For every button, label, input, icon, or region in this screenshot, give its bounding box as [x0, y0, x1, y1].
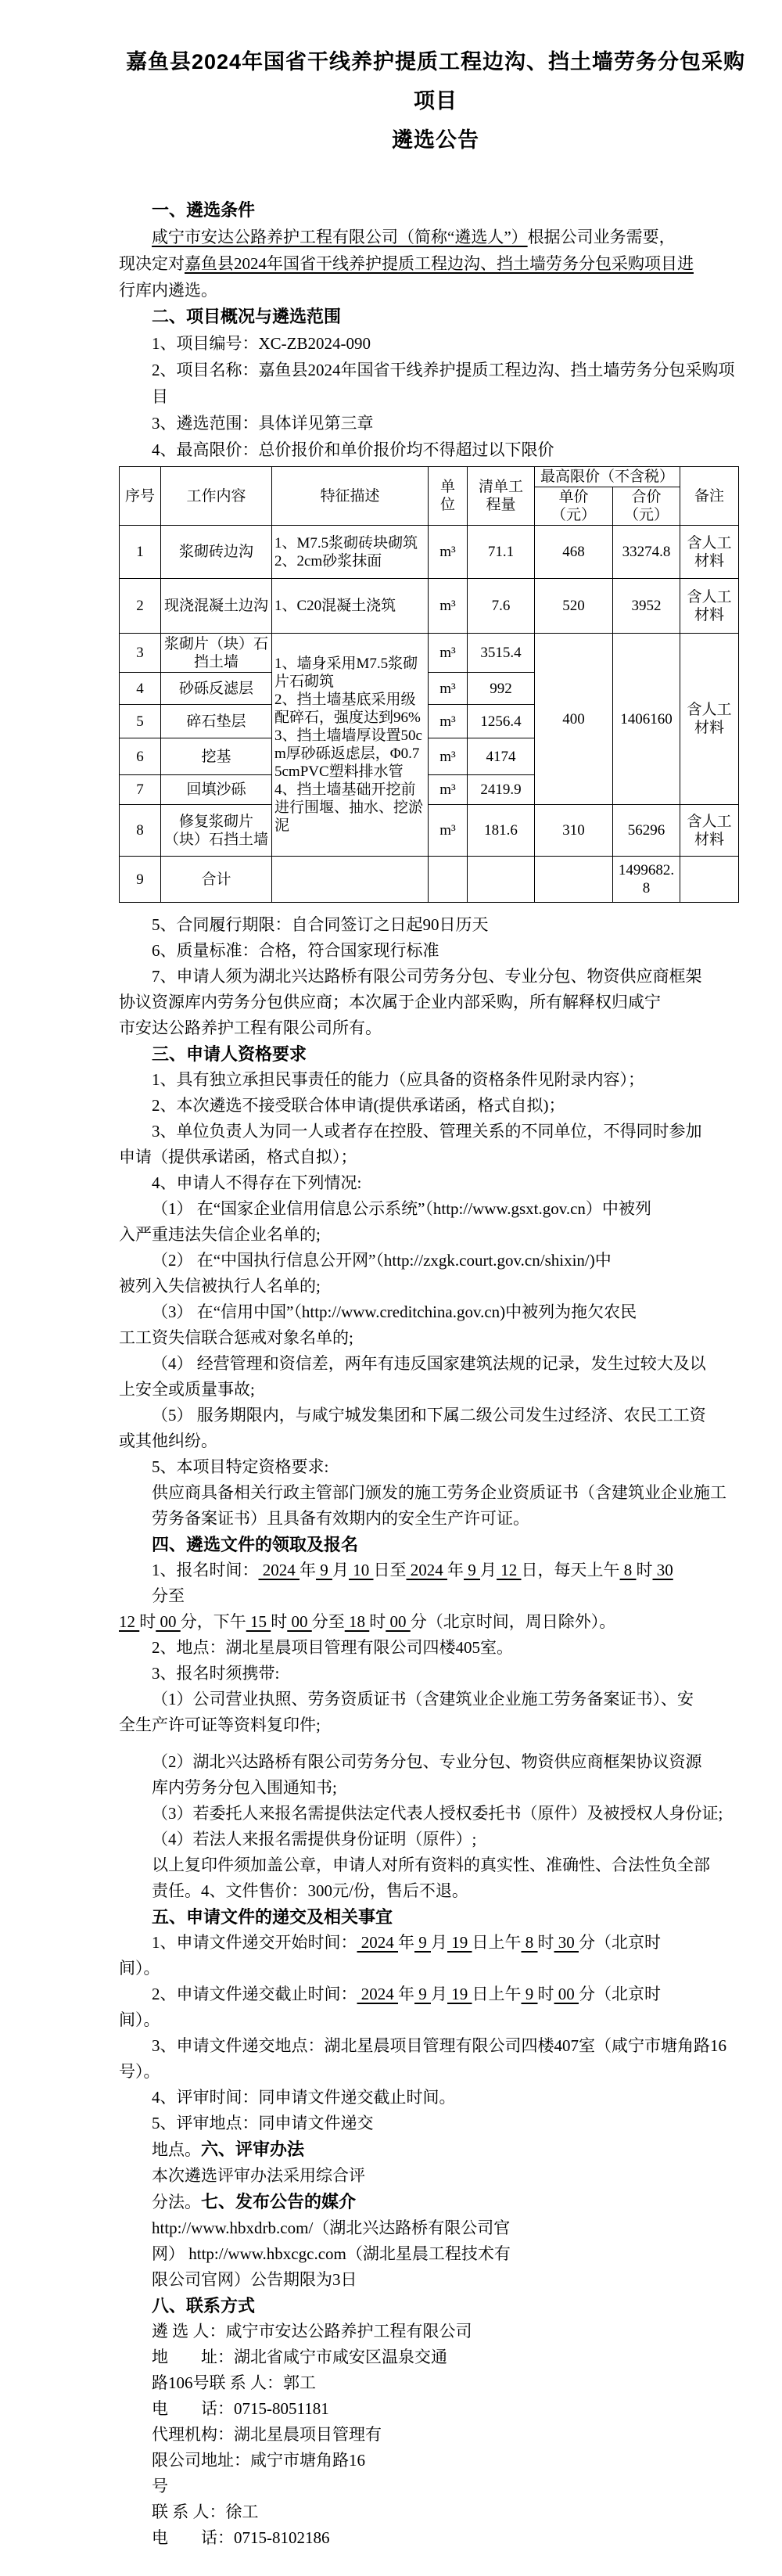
- text-segment: 号: [152, 2477, 168, 2495]
- underlined-text: 8: [620, 1561, 637, 1579]
- text-segment: 时: [271, 1612, 287, 1631]
- doc-line: 联 系 人：徐工: [119, 2499, 752, 2525]
- underlined-text: 2024: [259, 1561, 300, 1579]
- col-header-total-price: 合价 （元）: [613, 487, 680, 526]
- text-segment: 时: [538, 1985, 554, 2003]
- col-header-note: 备注: [680, 467, 739, 526]
- text-segment: 日上午: [472, 1933, 522, 1952]
- text-segment: 年: [398, 1985, 414, 2003]
- text-segment: 二、项目概况与遴选范围: [152, 307, 341, 326]
- doc-line: 协议资源库内劳务分包供应商；本次属于企业内部采购，所有解释权归咸宁: [119, 990, 752, 1015]
- text-segment: 时: [637, 1561, 653, 1579]
- text-segment: 工工资失信联合惩戒对象名单的;: [119, 1328, 353, 1347]
- text-segment: 本次遴选评审办法采用综合评: [152, 2166, 365, 2185]
- text-segment: 电 话：0715-8102186: [152, 2528, 330, 2547]
- text-segment: （2）湖北兴达路桥有限公司劳务分包、专业分包、物资供应商框架协议资源: [152, 1752, 702, 1771]
- text-segment: 被列入失信被执行人名单的;: [119, 1277, 321, 1295]
- underlined-text: 2024: [357, 1985, 399, 2003]
- cell-qty: 4174: [468, 738, 535, 775]
- underlined-text: 9: [464, 1561, 480, 1579]
- doc-line: 遴 选 人：咸宁市安达公路养护工程有限公司: [119, 2319, 752, 2344]
- text-segment: 一、遴选条件: [152, 200, 255, 220]
- section-heading: 三、申请人资格要求: [119, 1041, 752, 1067]
- text-segment: 库内劳务分包入围通知书;: [152, 1778, 337, 1797]
- cell-unit: m³: [429, 673, 468, 705]
- text-segment: 月: [431, 1933, 447, 1952]
- text-segment: 年: [398, 1933, 414, 1952]
- text-segment: 代理机构：湖北星晨项目管理有: [152, 2425, 382, 2444]
- doc-line: 目: [119, 383, 752, 410]
- col-header-desc: 特征描述: [272, 467, 429, 526]
- doc-line: （1） 在“国家企业信用信息公示系统”（http://www.gsxt.gov.…: [119, 1196, 752, 1222]
- doc-line: 4、最高限价：总价报价和单价报价均不得超过以下限价: [119, 437, 752, 463]
- text-segment: 申请（提供承诺函，格式自拟）；: [119, 1148, 357, 1166]
- cell-work: 回填沙砾: [161, 775, 272, 805]
- cell-work: 现浇混凝土边沟: [161, 579, 272, 634]
- text-segment: 或其他纠纷。: [119, 1432, 217, 1450]
- cell-note-merged: 含人工材料: [680, 634, 739, 805]
- col-header-unit-price: 单价 （元）: [535, 487, 613, 526]
- doc-line: 5、合同履行期限：自合同签订之日起90日历天: [119, 912, 752, 938]
- doc-line: 6、质量标准：合格，符合国家现行标准: [119, 938, 752, 964]
- text-segment: 4、申请人不得存在下列情况:: [152, 1173, 361, 1192]
- doc-line: （3）若委托人来报名需提供法定代表人授权委托书（原件）及被授权人身份证;: [119, 1801, 752, 1827]
- doc-line: 行库内遴选。: [119, 277, 752, 304]
- doc-line: 3、遴选范围：具体详见第三章: [119, 410, 752, 437]
- text-segment: 7、申请人须为湖北兴达路桥有限公司劳务分包、专业分包、物资供应商框架: [152, 967, 702, 986]
- doc-line: （2）湖北兴达路桥有限公司劳务分包、专业分包、物资供应商框架协议资源: [119, 1749, 752, 1775]
- text-segment: 日上午: [472, 1985, 522, 2003]
- text-segment: 分至: [152, 1586, 185, 1605]
- text-segment: （5） 服务期限内，与咸宁城发集团和下属二级公司发生过经济、农民工工资: [152, 1406, 706, 1425]
- doc-line: 3、申请文件递交地点：湖北星晨项目管理有限公司四楼407室（咸宁市塘角路16: [119, 2033, 752, 2059]
- text-segment: 分（北京时间，周日除外）。: [411, 1612, 616, 1631]
- cell-unit-price: [535, 857, 613, 903]
- cell-desc: [272, 857, 429, 903]
- cell-no: 2: [120, 579, 161, 634]
- underlined-text: 30: [554, 1933, 579, 1952]
- underlined-text: 10: [349, 1561, 374, 1579]
- doc-line: 地点。六、评审办法: [119, 2136, 752, 2163]
- doc-line: 代理机构：湖北星晨项目管理有: [119, 2422, 752, 2448]
- doc-line: 1、具有独立承担民事责任的能力（应具备的资格条件见附录内容）；: [119, 1067, 752, 1093]
- text-segment: 地 址：湖北省咸宁市咸安区温泉交通: [152, 2348, 447, 2366]
- underlined-text: 00: [156, 1612, 181, 1631]
- text-segment: 行库内遴选。: [119, 281, 217, 300]
- text-segment: 1、报名时间：: [152, 1561, 259, 1579]
- underlined-text: 18: [345, 1612, 370, 1631]
- doc-line: 库内劳务分包入围通知书;: [119, 1775, 752, 1801]
- cell-qty: 3515.4: [468, 634, 535, 673]
- col-header-qty: 清单工 程量: [468, 467, 535, 526]
- section-heading: 四、遴选文件的领取及报名: [119, 1532, 752, 1557]
- text-segment: 以上复印件须加盖公章，申请人对所有资料的真实性、准确性、合法性负全部: [152, 1856, 710, 1874]
- text-segment: 入严重违法失信企业名单的;: [119, 1225, 321, 1244]
- cell-unit: m³: [429, 738, 468, 775]
- announcement-document: 嘉鱼县2024年国省干线养护提质工程边沟、挡土墙劳务分包采购项目 遴选公告 一、…: [0, 0, 782, 2576]
- doc-line: 号）。: [119, 2059, 752, 2085]
- cell-work: 挖基: [161, 738, 272, 775]
- cell-qty: 2419.9: [468, 775, 535, 805]
- section-heading: 八、联系方式: [119, 2293, 752, 2319]
- doc-line: 2、项目名称：嘉鱼县2024年国省干线养护提质工程边沟、挡土墙劳务分包采购项: [119, 357, 752, 383]
- doc-line: 7、申请人须为湖北兴达路桥有限公司劳务分包、专业分包、物资供应商框架: [119, 964, 752, 990]
- text-segment: 路106号联 系 人：郭工: [152, 2373, 316, 2392]
- text-segment: 日，每天上午: [522, 1561, 620, 1579]
- text-segment: 月: [431, 1985, 447, 2003]
- text-segment: 5、评审地点：同申请文件递交: [152, 2114, 374, 2132]
- underlined-text: 19: [447, 1985, 472, 2003]
- cell-work: 浆砌砖边沟: [161, 526, 272, 579]
- table-row: 1 浆砌砖边沟 1、M7.5浆砌砖块砌筑 2、2cm砂浆抹面 m³ 71.1 4…: [120, 526, 739, 579]
- table-row-total: 9 合计 1499682.8: [120, 857, 739, 903]
- text-segment: 联 系 人：徐工: [152, 2502, 259, 2521]
- text-segment: 5、本项目特定资格要求:: [152, 1457, 328, 1476]
- doc-line: （3） 在“信用中国”（http://www.creditchina.gov.c…: [119, 1299, 752, 1325]
- text-segment: 时: [369, 1612, 386, 1631]
- text-segment: 2、申请文件递交截止时间：: [152, 1985, 357, 2003]
- doc-line: 5、评审地点：同申请文件递交: [119, 2111, 752, 2136]
- text-segment: 2、地点：湖北星晨项目管理有限公司四楼405室。: [152, 1638, 513, 1657]
- cell-total-price: 33274.8: [613, 526, 680, 579]
- underlined-text: 30: [653, 1561, 673, 1579]
- text-segment: 电 话：0715-8051181: [152, 2399, 329, 2418]
- doc-line: 被列入失信被执行人名单的;: [119, 1274, 752, 1299]
- doc-line: （4） 经营管理和资信差，两年有违反国家建筑法规的记录，发生过较大及以: [119, 1351, 752, 1377]
- doc-line: （1）公司营业执照、劳务资质证书（含建筑业企业施工劳务备案证书）、安: [119, 1687, 752, 1712]
- doc-line: 3、报名时须携带:: [119, 1661, 752, 1687]
- underlined-text: 15: [246, 1612, 271, 1631]
- doc-line: （5） 服务期限内，与咸宁城发集团和下属二级公司发生过经济、农民工工资: [119, 1403, 752, 1428]
- text-segment: 3、申请文件递交地点：湖北星晨项目管理有限公司四楼407室（咸宁市塘角路16: [152, 2036, 726, 2055]
- cell-total-price-merged: 1406160: [613, 634, 680, 805]
- cell-qty: 181.6: [468, 805, 535, 857]
- cell-no: 1: [120, 526, 161, 579]
- doc-line: 供应商具备相关行政主管部门颁发的施工劳务企业资质证书（含建筑业企业施工: [119, 1480, 752, 1506]
- doc-line: 网） http://www.hbxcgc.com（湖北星晨工程技术有: [119, 2241, 752, 2267]
- doc-line: 5、本项目特定资格要求:: [119, 1454, 752, 1480]
- text-segment: 1、项目编号：XC-ZB2024-090: [152, 334, 371, 353]
- cell-unit-price: 520: [535, 579, 613, 634]
- col-header-work: 工作内容: [161, 467, 272, 526]
- doc-line: 全生产许可证等资料复印件;: [119, 1712, 752, 1738]
- underlined-text: 9: [414, 1985, 431, 2003]
- text-segment: 时: [139, 1612, 156, 1631]
- doc-line: 12 时 00 分，下午 15 时 00 分至 18 时 00 分（北京时间，周…: [119, 1609, 752, 1635]
- text-segment: 月: [480, 1561, 497, 1579]
- text-segment: 六、评审办法: [201, 2139, 304, 2159]
- cell-unit-price: 310: [535, 805, 613, 857]
- underlined-text: 00: [287, 1612, 312, 1631]
- doc-line: 4、评审时间：同申请文件递交截止时间。: [119, 2085, 752, 2111]
- text-segment: 2、项目名称：嘉鱼县2024年国省干线养护提质工程边沟、挡土墙劳务分包采购项: [152, 361, 735, 379]
- underlined-text: 8: [522, 1933, 538, 1952]
- doc-line: 分法。七、发布公告的媒介: [119, 2189, 752, 2215]
- text-segment: 年: [447, 1561, 464, 1579]
- cell-unit: m³: [429, 705, 468, 738]
- price-limit-table: 序号 工作内容 特征描述 单 位 清单工 程量 最高限价（不含税） 备注 单价 …: [119, 466, 739, 903]
- doc-line: 限公司官网）公告期限为3日: [119, 2267, 752, 2293]
- cell-qty: 1256.4: [468, 705, 535, 738]
- underlined-text: 00: [554, 1985, 579, 2003]
- underlined-text: 嘉鱼县2024年国省干线养护提质工程边沟、挡土墙劳务分包采购项目进: [185, 254, 694, 273]
- doc-line: 间）。: [119, 1956, 752, 1981]
- text-segment: （1） 在“国家企业信用信息公示系统”（http://www.gsxt.gov.…: [152, 1199, 651, 1218]
- cell-unit: [429, 857, 468, 903]
- title-line-2: 遴选公告: [119, 120, 752, 160]
- table-row: 8 修复浆砌片（块）石挡土墙 m³ 181.6 310 56296 含人工材料: [120, 805, 739, 857]
- cell-unit: m³: [429, 526, 468, 579]
- doc-line: 咸宁市安达公路养护工程有限公司（简称“遴选人”）根据公司业务需要，: [119, 224, 752, 250]
- text-segment: 协议资源库内劳务分包供应商；本次属于企业内部采购，所有解释权归咸宁: [119, 993, 661, 1011]
- text-segment: 现决定对: [119, 254, 185, 273]
- doc-line: 1、申请文件递交开始时间： 2024 年 9 月 19 日上午 8 时 30 分…: [119, 1930, 752, 1956]
- text-segment: 限公司官网）公告期限为3日: [152, 2270, 357, 2289]
- text-segment: （4）若法人来报名需提供身份证明（原件）;: [152, 1830, 476, 1848]
- doc-line: 劳务备案证书）且具备有效期内的安全生产许可证。: [119, 1506, 752, 1532]
- text-segment: 全生产许可证等资料复印件;: [119, 1716, 321, 1734]
- text-segment: 年: [300, 1561, 316, 1579]
- cell-unit: m³: [429, 634, 468, 673]
- doc-line: 电 话：0715-8051181: [119, 2396, 752, 2422]
- doc-line: 市安达公路养护工程有限公司所有。: [119, 1015, 752, 1041]
- text-segment: （4） 经营管理和资信差，两年有违反国家建筑法规的记录，发生过较大及以: [152, 1354, 706, 1373]
- doc-line: 本次遴选评审办法采用综合评: [119, 2163, 752, 2189]
- text-segment: 五、申请文件的递交及相关事宜: [152, 1907, 393, 1927]
- underlined-text: 9: [316, 1561, 332, 1579]
- text-segment: 4、最高限价：总价报价和单价报价均不得超过以下限价: [152, 440, 554, 459]
- doc-line: （2） 在“中国执行信息公开网”（http://zxgk.court.gov.c…: [119, 1248, 752, 1274]
- doc-line: 号: [119, 2474, 752, 2499]
- underlined-text: 00: [386, 1612, 411, 1631]
- text-segment: 间）。: [119, 1959, 160, 1978]
- text-segment: 5、合同履行期限：自合同签订之日起90日历天: [152, 915, 489, 934]
- text-segment: 三、申请人资格要求: [152, 1044, 307, 1064]
- text-segment: 四、遴选文件的领取及报名: [152, 1535, 358, 1554]
- underlined-text: 9: [522, 1985, 538, 2003]
- doc-line: 工工资失信联合惩戒对象名单的;: [119, 1325, 752, 1351]
- text-segment: （1）公司营业执照、劳务资质证书（含建筑业企业施工劳务备案证书）、安: [152, 1690, 694, 1708]
- text-segment: （3）若委托人来报名需提供法定代表人授权委托书（原件）及被授权人身份证;: [152, 1804, 723, 1823]
- doc-line: 或其他纠纷。: [119, 1428, 752, 1454]
- text-segment: 1、具有独立承担民事责任的能力（应具备的资格条件见附录内容）；: [152, 1070, 644, 1089]
- cell-total-price: 3952: [613, 579, 680, 634]
- text-segment: 分，下午: [181, 1612, 246, 1631]
- text-segment: （3） 在“信用中国”（http://www.creditchina.gov.c…: [152, 1302, 637, 1321]
- cell-unit: m³: [429, 579, 468, 634]
- doc-line: 责任。4、文件售价：300元/份，售后不退。: [119, 1878, 752, 1904]
- text-segment: 2、本次遴选不接受联合体申请(提供承诺函，格式自拟)；: [152, 1096, 565, 1115]
- text-segment: 号）。: [119, 2062, 160, 2081]
- doc-line: 1、项目编号：XC-ZB2024-090: [119, 330, 752, 357]
- text-segment: 3、遴选范围：具体详见第三章: [152, 414, 374, 433]
- text-segment: 3、报名时须携带:: [152, 1664, 279, 1683]
- text-segment: 3、单位负责人为同一人或者存在控股、管理关系的不同单位，不得同时参加: [152, 1122, 702, 1141]
- doc-line: 申请（提供承诺函，格式自拟）；: [119, 1144, 752, 1170]
- cell-work: 碎石垫层: [161, 705, 272, 738]
- text-segment: 目: [152, 387, 168, 406]
- text-segment: 市安达公路养护工程有限公司所有。: [119, 1019, 382, 1037]
- cell-qty: 71.1: [468, 526, 535, 579]
- text-segment: 分（北京时: [579, 1985, 661, 2003]
- cell-unit-price-merged: 400: [535, 634, 613, 805]
- text-segment: 遴 选 人：咸宁市安达公路养护工程有限公司: [152, 2322, 472, 2341]
- doc-line: 4、申请人不得存在下列情况:: [119, 1170, 752, 1196]
- cell-note: 含人工材料: [680, 579, 739, 634]
- text-segment: 地点。: [152, 2140, 201, 2159]
- cell-no: 8: [120, 805, 161, 857]
- underlined-text: 12: [119, 1612, 139, 1631]
- cell-work: 修复浆砌片（块）石挡土墙: [161, 805, 272, 857]
- intro-section: 一、遴选条件咸宁市安达公路养护工程有限公司（简称“遴选人”）根据公司业务需要，现…: [119, 197, 752, 463]
- cell-qty: 992: [468, 673, 535, 705]
- doc-line: 现决定对嘉鱼县2024年国省干线养护提质工程边沟、挡土墙劳务分包采购项目进: [119, 250, 752, 277]
- text-segment: （2） 在“中国执行信息公开网”（http://zxgk.court.gov.c…: [152, 1251, 612, 1270]
- text-segment: 分（北京时: [579, 1933, 661, 1952]
- underlined-text: 2024: [357, 1933, 399, 1952]
- doc-line: 以上复印件须加盖公章，申请人对所有资料的真实性、准确性、合法性负全部: [119, 1852, 752, 1878]
- cell-work: 合计: [161, 857, 272, 903]
- table-row: 3 浆砌片（块）石挡土墙 1、墙身采用M7.5浆砌片石砌筑 2、挡土墙基底采用级…: [120, 634, 739, 673]
- cell-total-price: 1499682.8: [613, 857, 680, 903]
- doc-line: 3、单位负责人为同一人或者存在控股、管理关系的不同单位，不得同时参加: [119, 1119, 752, 1144]
- cell-no: 9: [120, 857, 161, 903]
- doc-line: 入严重违法失信企业名单的;: [119, 1222, 752, 1248]
- cell-unit: m³: [429, 775, 468, 805]
- text-segment: 分法。: [152, 2193, 201, 2211]
- section-heading: 一、遴选条件: [119, 197, 752, 224]
- text-segment: 分至: [312, 1612, 345, 1631]
- cell-desc-merged: 1、墙身采用M7.5浆砌片石砌筑 2、挡土墙基底采用级配碎石，强度达到96% 3…: [272, 634, 429, 857]
- cell-qty: 7.6: [468, 579, 535, 634]
- underlined-text: 12: [497, 1561, 522, 1579]
- text-segment: 月: [332, 1561, 349, 1579]
- underlined-text: 2024: [407, 1561, 448, 1579]
- text-segment: 限公司地址：咸宁市塘角路16: [152, 2451, 365, 2470]
- text-segment: 责任。4、文件售价：300元/份，售后不退。: [152, 1881, 468, 1900]
- text-segment: 1、申请文件递交开始时间：: [152, 1933, 357, 1952]
- doc-line: 1、报名时间： 2024 年 9 月 10 日至 2024 年 9 月 12 日…: [119, 1557, 752, 1583]
- doc-line: http://www.hbxdrb.com/（湖北兴达路桥有限公司官: [119, 2215, 752, 2241]
- cell-qty: [468, 857, 535, 903]
- underlined-text: 咸宁市安达公路养护工程有限公司（简称“遴选人”）: [152, 228, 528, 246]
- doc-line: 地 址：湖北省咸宁市咸安区温泉交通: [119, 2344, 752, 2370]
- text-segment: 根据公司业务需要，: [528, 228, 676, 246]
- text-segment: 劳务备案证书）且具备有效期内的安全生产许可证。: [152, 1509, 529, 1528]
- col-header-price-group: 最高限价（不含税）: [535, 467, 680, 487]
- table-row: 2 现浇混凝土边沟 1、C20混凝土浇筑 m³ 7.6 520 3952 含人工…: [120, 579, 739, 634]
- doc-line: 2、申请文件递交截止时间： 2024 年 9 月 19 日上午 9 时 00 分…: [119, 1981, 752, 2007]
- cell-work: 浆砌片（块）石挡土墙: [161, 634, 272, 673]
- underlined-text: 19: [447, 1933, 472, 1952]
- title-line-1: 嘉鱼县2024年国省干线养护提质工程边沟、挡土墙劳务分包采购项目: [119, 42, 752, 120]
- doc-line: 2、地点：湖北星晨项目管理有限公司四楼405室。: [119, 1635, 752, 1661]
- col-header-unit: 单 位: [429, 467, 468, 526]
- cell-unit: m³: [429, 805, 468, 857]
- cell-note: 含人工材料: [680, 526, 739, 579]
- cell-no: 5: [120, 705, 161, 738]
- cell-total-price: 56296: [613, 805, 680, 857]
- cell-unit-price: 468: [535, 526, 613, 579]
- cell-desc: 1、C20混凝土浇筑: [272, 579, 429, 634]
- doc-line: 路106号联 系 人：郭工: [119, 2370, 752, 2396]
- text-segment: 供应商具备相关行政主管部门颁发的施工劳务企业资质证书（含建筑业企业施工: [152, 1483, 726, 1502]
- text-segment: 间）。: [119, 2010, 160, 2029]
- doc-line: （4）若法人来报名需提供身份证明（原件）;: [119, 1827, 752, 1852]
- cell-no: 3: [120, 634, 161, 673]
- text-segment: http://www.hbxdrb.com/（湖北兴达路桥有限公司官: [152, 2219, 510, 2237]
- cell-note: [680, 857, 739, 903]
- doc-line: 分至: [119, 1583, 752, 1609]
- text-segment: 七、发布公告的媒介: [201, 2192, 356, 2211]
- text-segment: 日至: [374, 1561, 407, 1579]
- cell-note: 含人工材料: [680, 805, 739, 857]
- col-header-no: 序号: [120, 467, 161, 526]
- doc-line: 2、本次遴选不接受联合体申请(提供承诺函，格式自拟)；: [119, 1093, 752, 1119]
- text-segment: 上安全或质量事故;: [119, 1380, 255, 1399]
- text-segment: 4、评审时间：同申请文件递交截止时间。: [152, 2088, 456, 2107]
- document-title: 嘉鱼县2024年国省干线养护提质工程边沟、挡土墙劳务分包采购项目 遴选公告: [119, 0, 752, 160]
- cell-no: 4: [120, 673, 161, 705]
- text-segment: 时: [538, 1933, 554, 1952]
- text-segment: 网） http://www.hbxcgc.com（湖北星晨工程技术有: [152, 2244, 511, 2263]
- underlined-text: 9: [414, 1933, 431, 1952]
- cell-no: 6: [120, 738, 161, 775]
- section-heading: 二、项目概况与遴选范围: [119, 304, 752, 330]
- doc-line: 限公司地址：咸宁市塘角路16: [119, 2448, 752, 2474]
- doc-line: 间）。: [119, 2007, 752, 2033]
- cell-desc: 1、M7.5浆砌砖块砌筑 2、2cm砂浆抹面: [272, 526, 429, 579]
- doc-line: 上安全或质量事故;: [119, 1377, 752, 1403]
- cell-no: 7: [120, 775, 161, 805]
- body-section: 5、合同履行期限：自合同签订之日起90日历天6、质量标准：合格，符合国家现行标准…: [119, 912, 752, 2551]
- cell-work: 砂砾反滤层: [161, 673, 272, 705]
- text-segment: 八、联系方式: [152, 2296, 255, 2316]
- doc-line: 电 话：0715-8102186: [119, 2525, 752, 2551]
- section-heading: 五、申请文件的递交及相关事宜: [119, 1904, 752, 1930]
- text-segment: 6、质量标准：合格，符合国家现行标准: [152, 941, 439, 960]
